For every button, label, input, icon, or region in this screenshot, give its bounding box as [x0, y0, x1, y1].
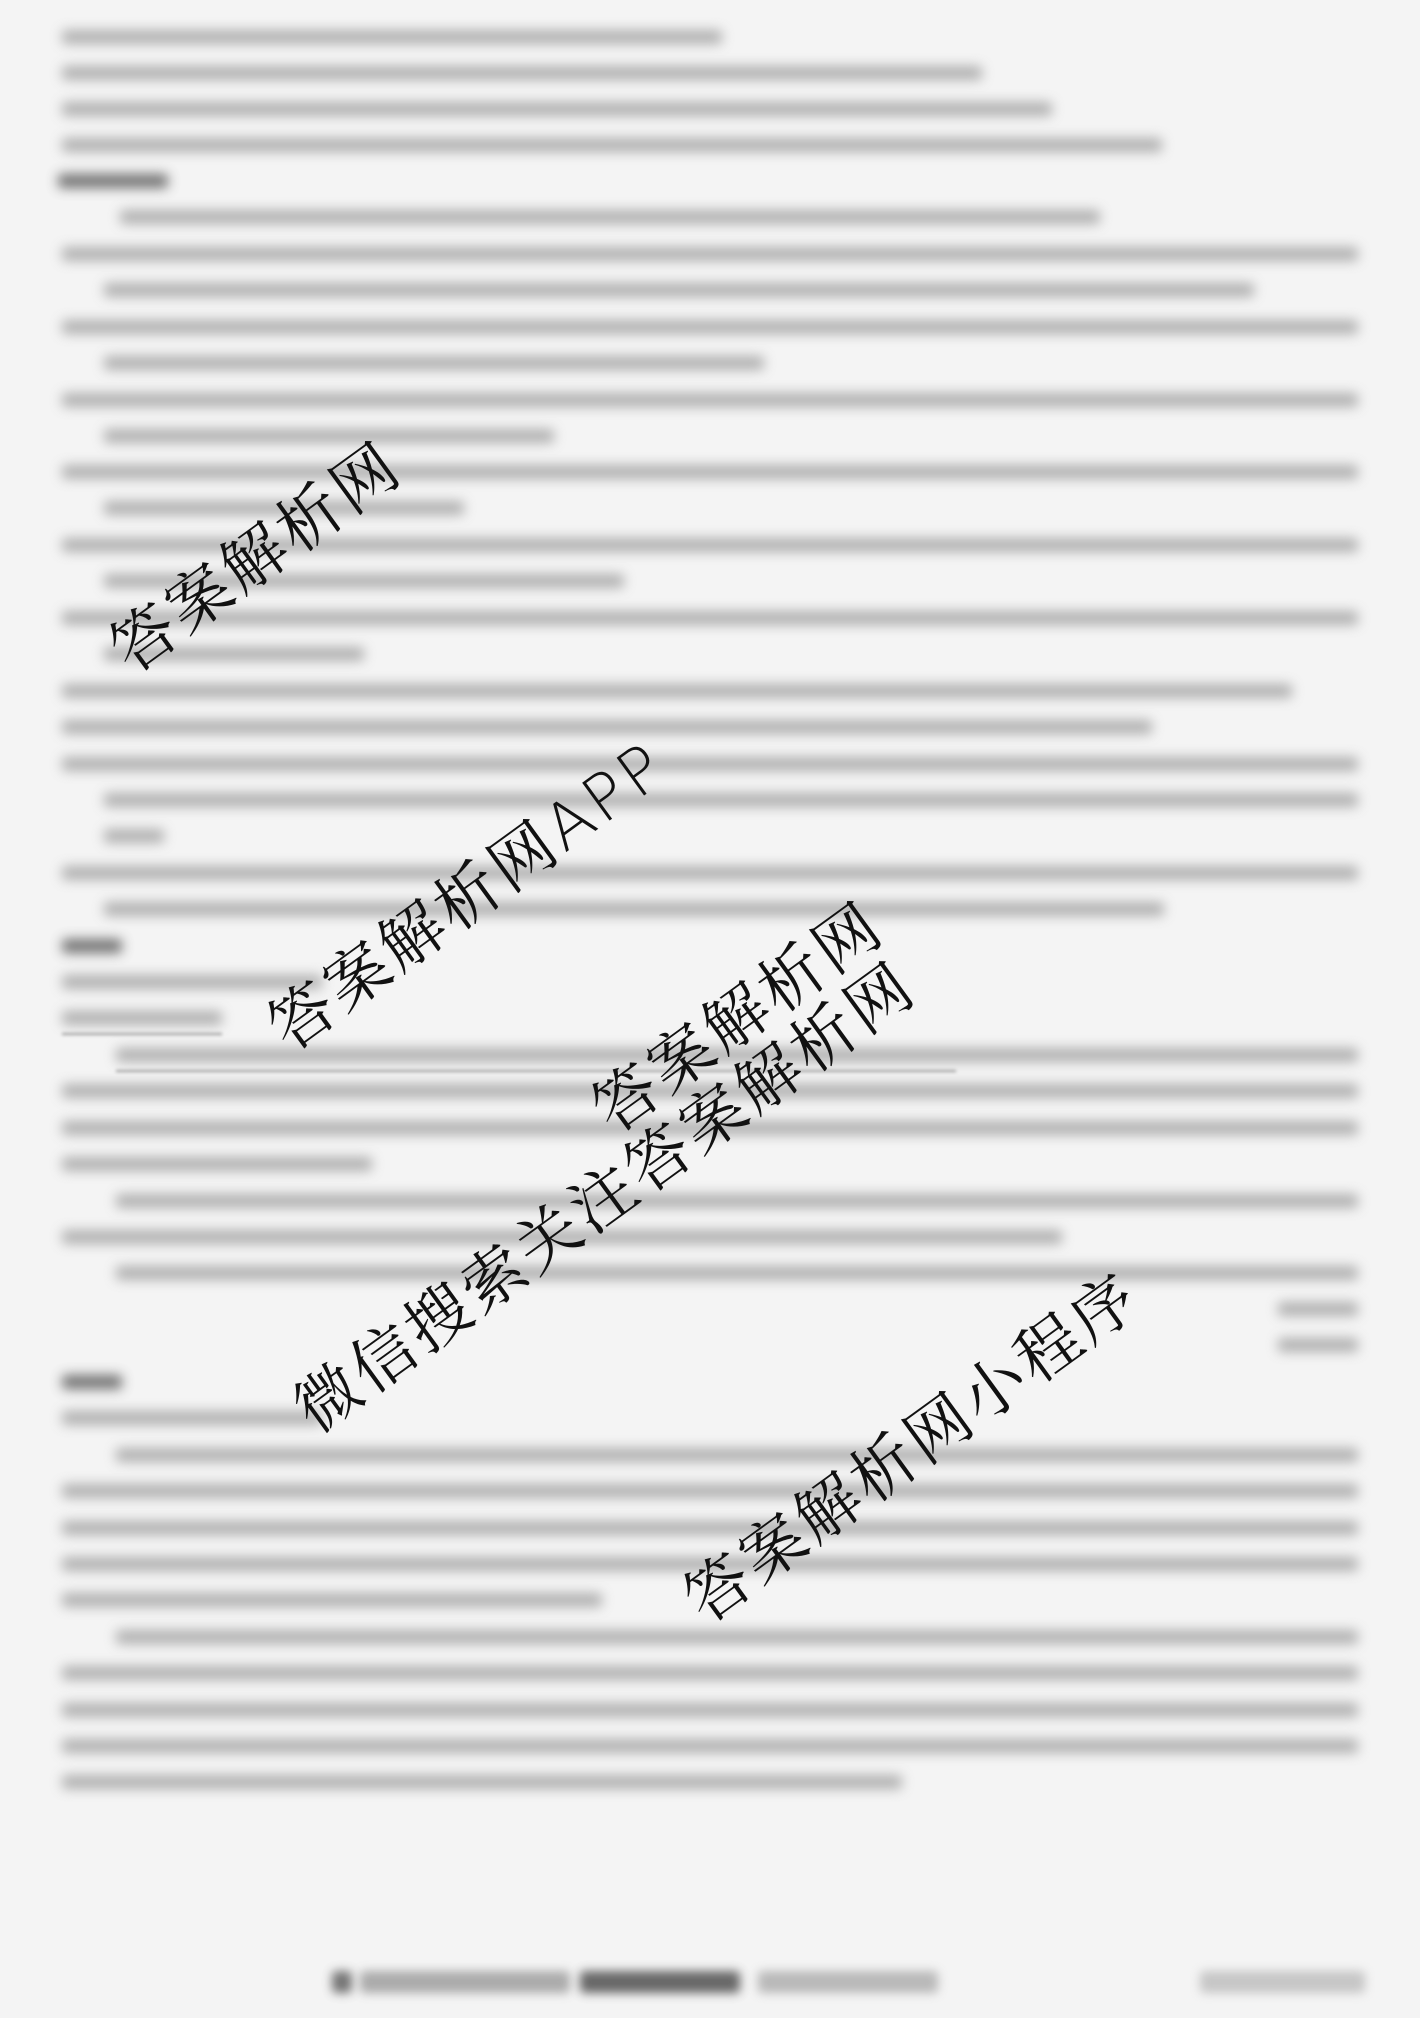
text-line [62, 1411, 322, 1425]
text-line [116, 1266, 1358, 1280]
footer-text [1200, 1971, 1365, 1993]
text-line [62, 66, 982, 80]
text-line [62, 393, 1358, 407]
text-line [62, 611, 1358, 625]
text-line [104, 356, 764, 370]
text-line [62, 1011, 222, 1025]
text-line [62, 1739, 1358, 1753]
text-line [62, 720, 1152, 734]
text-line [104, 429, 554, 443]
document-page: 答案解析网 答案解析网APP 答案解析网 微信搜索关注答案解析网 答案解析网小程… [0, 0, 1420, 2018]
text-line [62, 866, 1358, 880]
footer-text [332, 1971, 352, 1993]
text-line [120, 210, 1100, 224]
text-line [104, 793, 1358, 807]
footer-text [580, 1971, 740, 1993]
text-line [1278, 1338, 1358, 1352]
footer-text [360, 1971, 570, 1993]
text-line [62, 465, 1358, 479]
text-line [62, 30, 722, 44]
section-heading [58, 174, 168, 188]
text-line [62, 1484, 1358, 1498]
text-line [62, 320, 1358, 334]
text-line [62, 247, 1358, 261]
text-line [62, 684, 1292, 698]
section-heading-1 [62, 939, 122, 953]
watermark: 答案解析网APP [258, 732, 678, 1062]
text-line [62, 1703, 1358, 1717]
text-line [116, 1194, 1358, 1208]
text-line [62, 1666, 1358, 1680]
section-heading-2 [62, 1375, 122, 1389]
text-line [62, 757, 1358, 771]
text-line [62, 102, 1052, 116]
text-line [104, 283, 1254, 297]
text-line [62, 1593, 602, 1607]
footer-text [758, 1971, 938, 1993]
text-line [116, 1448, 1358, 1462]
text-line [62, 138, 1162, 152]
text-line [1278, 1302, 1358, 1316]
text-line [62, 1775, 902, 1789]
text-line [104, 829, 164, 843]
text-line [116, 1630, 1358, 1644]
text-line [62, 1157, 372, 1171]
text-line [104, 902, 1164, 916]
text-line [62, 1521, 1358, 1535]
underline [62, 1033, 222, 1035]
